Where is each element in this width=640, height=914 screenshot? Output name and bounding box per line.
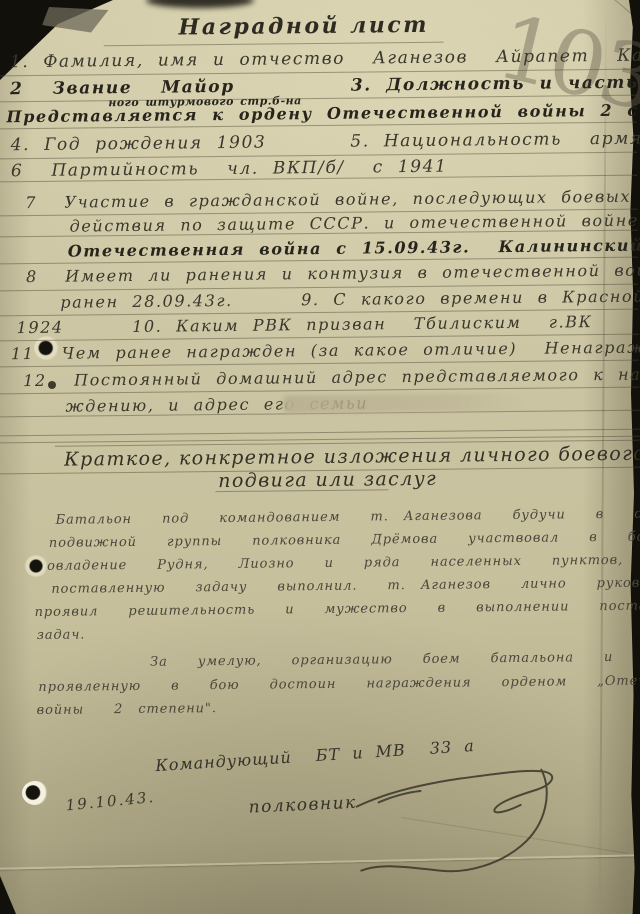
citation-line: овладение Рудня, Лиозно и ряда населенны… [47, 552, 640, 574]
citation-line: проявил решительность и мужество в выпол… [35, 598, 640, 620]
signature-rank: полковник [248, 793, 357, 818]
signature-date: 19.10.43. [65, 788, 156, 815]
citation-line: войны 2 степени". [37, 701, 217, 718]
section-heading-line1: Краткое, конкретное изложения личного бо… [64, 443, 640, 471]
field-wounds: 8 Имеет ли ранения и контузия в отечеств… [26, 260, 640, 286]
field-previous-awards: 11 Чем ранее награжден (за какое отличие… [11, 337, 640, 363]
citation-line: подвижной группы полковника Дрёмова учас… [49, 529, 640, 551]
citation-line: задач. [37, 627, 86, 643]
scanned-award-sheet: 103 Наградной лист 1. Фамилия, имя и отч… [0, 0, 640, 914]
document-title: Наградной лист [178, 12, 429, 41]
section-heading-line2: подвига или заслуг [218, 468, 437, 492]
field-war-participation: 7 Участие в гражданской войне, последующ… [25, 187, 631, 212]
citation-line: проявленную в бою достоин награждения ор… [38, 673, 640, 695]
signature-autograph [348, 742, 579, 879]
citation-line: поставленную задачу выполнил. т. Аганезо… [51, 575, 640, 597]
field-enlistment: 1924 10. Каким РВК призван Тбилиским г.В… [17, 312, 593, 337]
ruled-line [0, 429, 640, 437]
redacted-address [283, 393, 528, 414]
field-home-address: 12 Постоянный домашний адрес представляе… [23, 364, 640, 390]
document-content: 103 Наградной лист 1. Фамилия, имя и отч… [0, 0, 640, 914]
field-birth-nationality: 4. Год рождения 1903 5. Национальность а… [11, 128, 640, 155]
ruled-line [104, 42, 444, 47]
citation-line: Батальон под командованием т. Аганезова … [56, 506, 640, 528]
citation-line: За умелую, организацию боем батальона и … [150, 649, 640, 670]
